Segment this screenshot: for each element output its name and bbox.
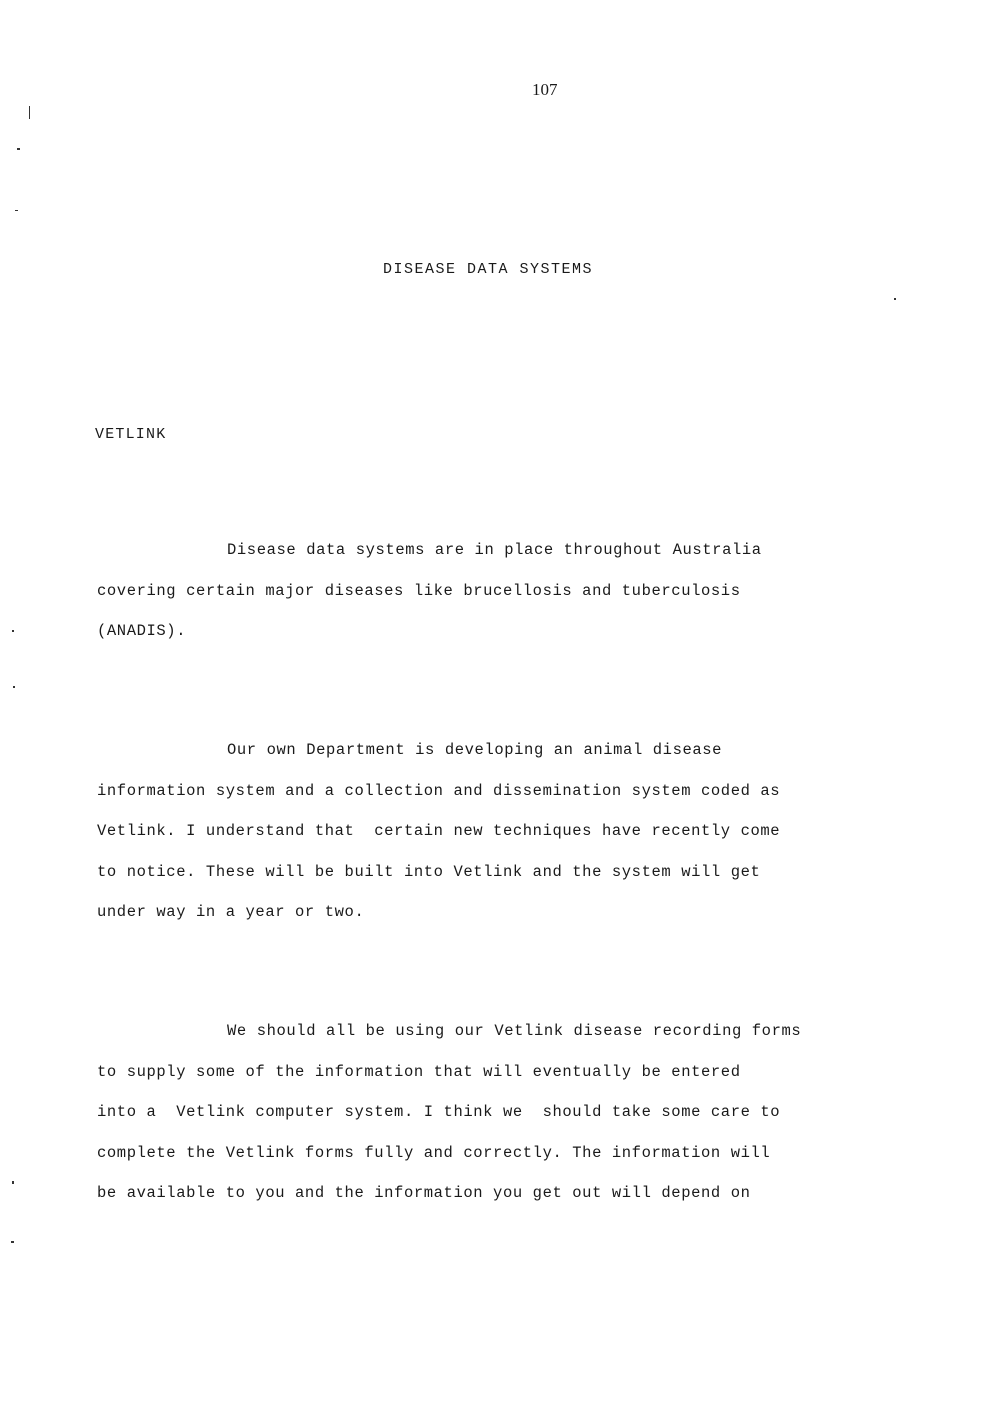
text-line: information system and a collection and … <box>97 771 927 812</box>
text-line: Disease data systems are in place throug… <box>97 530 927 571</box>
scan-mark <box>894 298 896 300</box>
page-title: DISEASE DATA SYSTEMS <box>383 261 593 278</box>
text-line: Our own Department is developing an anim… <box>97 730 927 771</box>
text-line: (ANADIS). <box>97 611 927 652</box>
paragraph-1: Disease data systems are in place throug… <box>97 530 927 652</box>
paragraph-3: We should all be using our Vetlink disea… <box>97 1011 927 1214</box>
paragraph-2: Our own Department is developing an anim… <box>97 730 927 933</box>
scan-mark <box>13 686 15 688</box>
scan-mark <box>11 1241 14 1243</box>
text-line: complete the Vetlink forms fully and cor… <box>97 1133 927 1174</box>
scan-mark <box>15 210 18 211</box>
text-line: into a Vetlink computer system. I think … <box>97 1092 927 1133</box>
scan-mark <box>12 630 14 632</box>
text-line: be available to you and the information … <box>97 1173 927 1214</box>
scan-mark <box>17 148 20 150</box>
text-line: to supply some of the information that w… <box>97 1052 927 1093</box>
text-line: under way in a year or two. <box>97 892 927 933</box>
page-number: 107 <box>532 80 558 100</box>
section-heading: VETLINK <box>95 426 166 443</box>
text-line: Vetlink. I understand that certain new t… <box>97 811 927 852</box>
scan-mark <box>12 1181 14 1184</box>
scan-mark <box>29 106 30 119</box>
text-line: to notice. These will be built into Vetl… <box>97 852 927 893</box>
text-line: We should all be using our Vetlink disea… <box>97 1011 927 1052</box>
text-line: covering certain major diseases like bru… <box>97 571 927 612</box>
